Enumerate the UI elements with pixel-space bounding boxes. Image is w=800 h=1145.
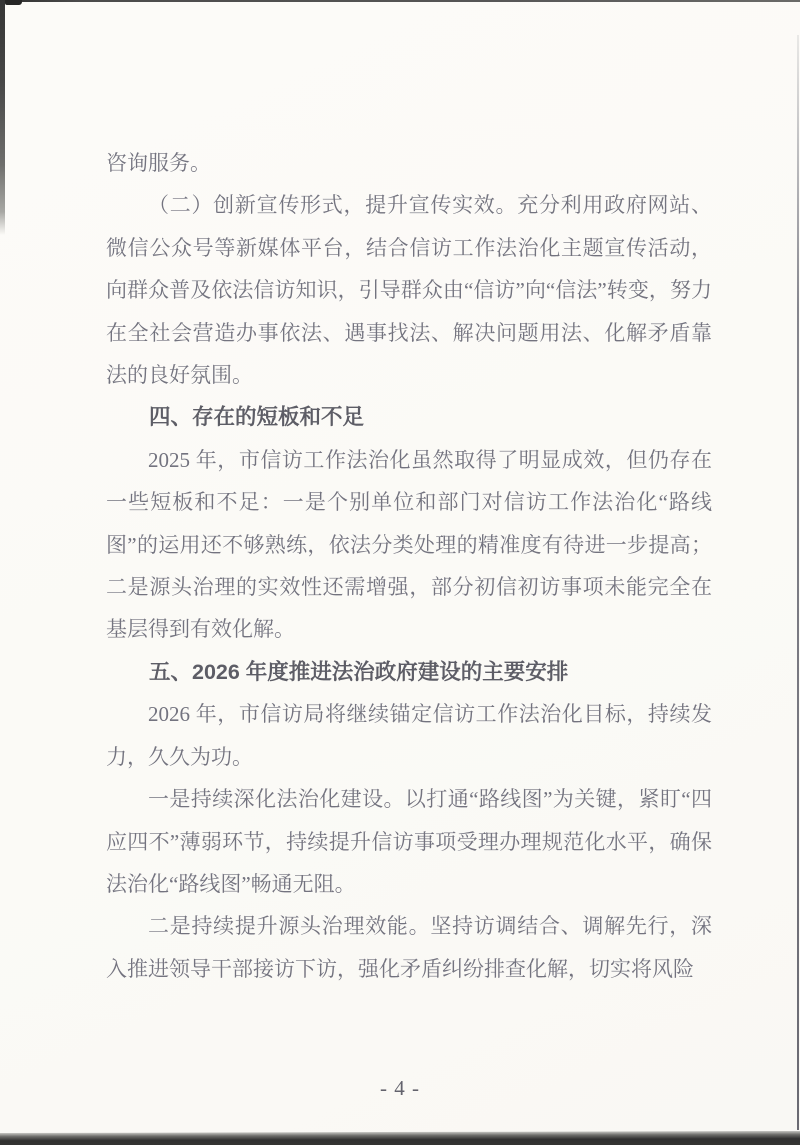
scan-edge-top — [0, 0, 800, 2]
section-heading-shortcomings: 四、存在的短板和不足 — [106, 396, 712, 438]
scan-edge-left — [0, 0, 5, 235]
paragraph-continuation: 咨询服务。 — [106, 142, 712, 184]
paragraph-plan-item-1: 一是持续深化法治化建设。以打通“路线图”为关键，紧盯“四应四不”薄弱环节，持续提… — [106, 778, 712, 905]
paragraph-plan-item-2: 二是持续提升源头治理效能。坚持访调结合、调解先行，深入推进领导干部接访下访，强化… — [106, 905, 712, 990]
scan-corner-mark — [5, 0, 22, 5]
document-page: 咨询服务。 （二）创新宣传形式，提升宣传实效。充分利用政府网站、微信公众号等新媒… — [0, 0, 800, 1145]
page-number: - 4 - — [0, 1067, 800, 1109]
scan-edge-right — [797, 35, 799, 1130]
scan-edge-bottom — [0, 1131, 800, 1145]
document-body: 咨询服务。 （二）创新宣传形式，提升宣传实效。充分利用政府网站、微信公众号等新媒… — [106, 142, 712, 990]
paragraph-publicity: （二）创新宣传形式，提升宣传实效。充分利用政府网站、微信公众号等新媒体平台，结合… — [106, 184, 712, 396]
paragraph-shortcomings: 2025 年，市信访工作法治化虽然取得了明显成效，但仍存在一些短板和不足：一是个… — [106, 439, 712, 651]
section-heading-2026-plan: 五、2026 年度推进法治政府建设的主要安排 — [106, 651, 712, 693]
paragraph-2026-goal: 2026 年，市信访局将继续锚定信访工作法治化目标，持续发力，久久为功。 — [106, 693, 712, 778]
